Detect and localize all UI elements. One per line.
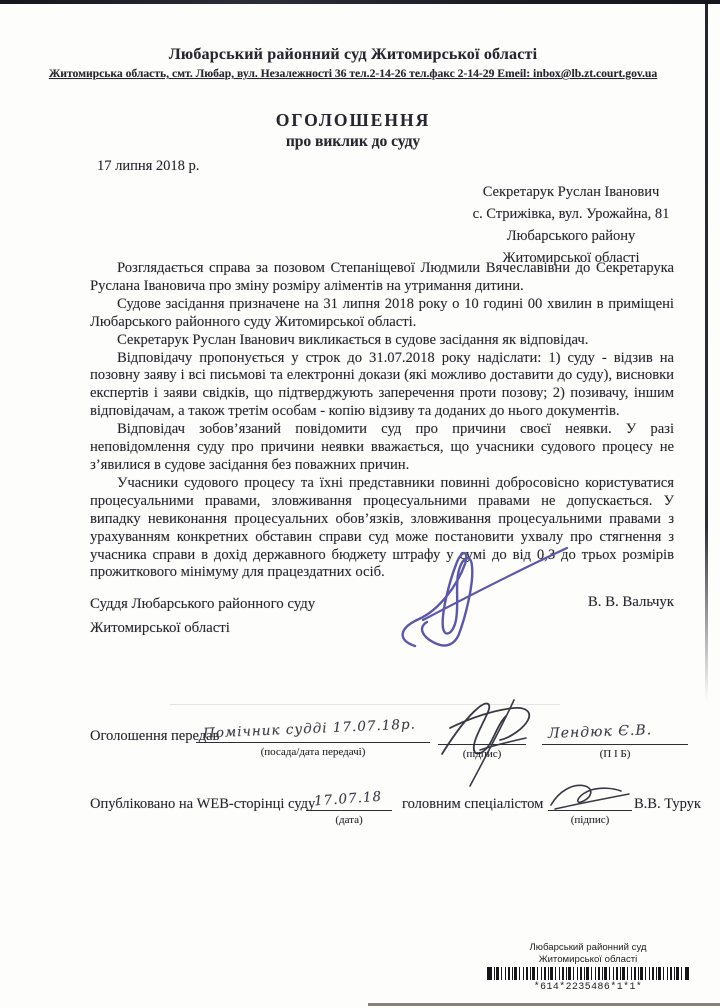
transfer-handwritten-position-date: Помічник судді 17.07.18р. <box>203 716 416 741</box>
stamp-court-line1: Любарський районний суд <box>487 942 689 954</box>
publication-specialist-name: В.В. Турук <box>634 796 701 813</box>
body-text: Розглядається справа за позовом Степаніщ… <box>90 260 674 582</box>
publication-date-underline <box>306 810 392 811</box>
scan-edge-right <box>705 4 708 700</box>
document-title: ОГОЛОШЕННЯ <box>0 110 706 131</box>
transfer-name-caption: (П І Б) <box>542 748 688 760</box>
transfer-signature-caption: (підпис) <box>438 748 526 760</box>
court-name: Любарський районний суд Житомирської обл… <box>0 46 706 64</box>
publication-specialist-label: головним спеціалістом <box>402 796 543 813</box>
court-barcode-stamp: Любарський районний суд Житомирської обл… <box>487 942 689 992</box>
publication-label: Опубліковано на WEB-сторінці суду <box>90 796 315 813</box>
stamp-court-line2: Житомирської області <box>487 954 689 966</box>
court-address: Житомирська область, смт. Любар, вул. Не… <box>0 67 706 80</box>
judge-title-line1: Суддя Любарського районного суду <box>90 592 315 616</box>
judge-title-line2: Житомирської області <box>90 616 315 640</box>
document-header: Любарський районний суд Житомирської обл… <box>0 46 706 80</box>
transfer-underline <box>196 742 430 743</box>
document-title-block: ОГОЛОШЕННЯ про виклик до суду <box>0 110 706 151</box>
paragraph-hearing: Судове засідання призначене на 31 липня … <box>90 296 674 332</box>
transfer-signature-icon <box>436 694 544 790</box>
transfer-caption: (посада/дата передачі) <box>196 746 430 758</box>
transfer-signature-underline <box>438 744 526 745</box>
document-subtitle: про виклик до суду <box>0 133 706 151</box>
paragraph-case: Розглядається справа за позовом Степаніщ… <box>90 260 674 296</box>
scan-edge-top <box>0 0 720 4</box>
judge-signature-icon <box>393 540 571 655</box>
judge-title-block: Суддя Любарського районного суду Житомир… <box>90 592 315 640</box>
recipient-street: с. Стрижівка, вул. Урожайна, 81 <box>448 203 694 225</box>
document-date: 17 липня 2018 р. <box>97 158 199 175</box>
barcode-icon <box>487 967 689 980</box>
recipient-block: Секретарук Руслан Іванович с. Стрижівка,… <box>448 181 694 269</box>
publication-signature-underline <box>548 810 632 811</box>
barcode-number: *614*2235486*1*1* <box>487 981 689 992</box>
transfer-name-underline <box>542 744 688 745</box>
publication-date-caption: (дата) <box>306 814 392 826</box>
publication-handwritten-date: 17.07.18 <box>314 789 383 810</box>
paragraph-absence: Відповідач зобов’язаний повідомити суд п… <box>90 421 674 475</box>
paragraph-defendant: Секретарук Руслан Іванович викликається … <box>90 332 674 350</box>
recipient-district: Любарського району <box>448 225 694 247</box>
scanned-court-document: Любарський районний суд Житомирської обл… <box>0 0 720 1008</box>
scan-edge-bottom <box>368 1003 720 1006</box>
recipient-name: Секретарук Руслан Іванович <box>448 181 694 203</box>
paragraph-deadline: Відповідачу пропонується у строк до 31.0… <box>90 350 674 422</box>
judge-name: В. В. Вальчук <box>558 594 674 611</box>
paragraph-duties: Учасники судового процесу та їхні предст… <box>90 475 674 582</box>
publication-signature-caption: (підпис) <box>548 814 632 826</box>
transfer-handwritten-name: Лендюк Є.В. <box>548 722 653 742</box>
